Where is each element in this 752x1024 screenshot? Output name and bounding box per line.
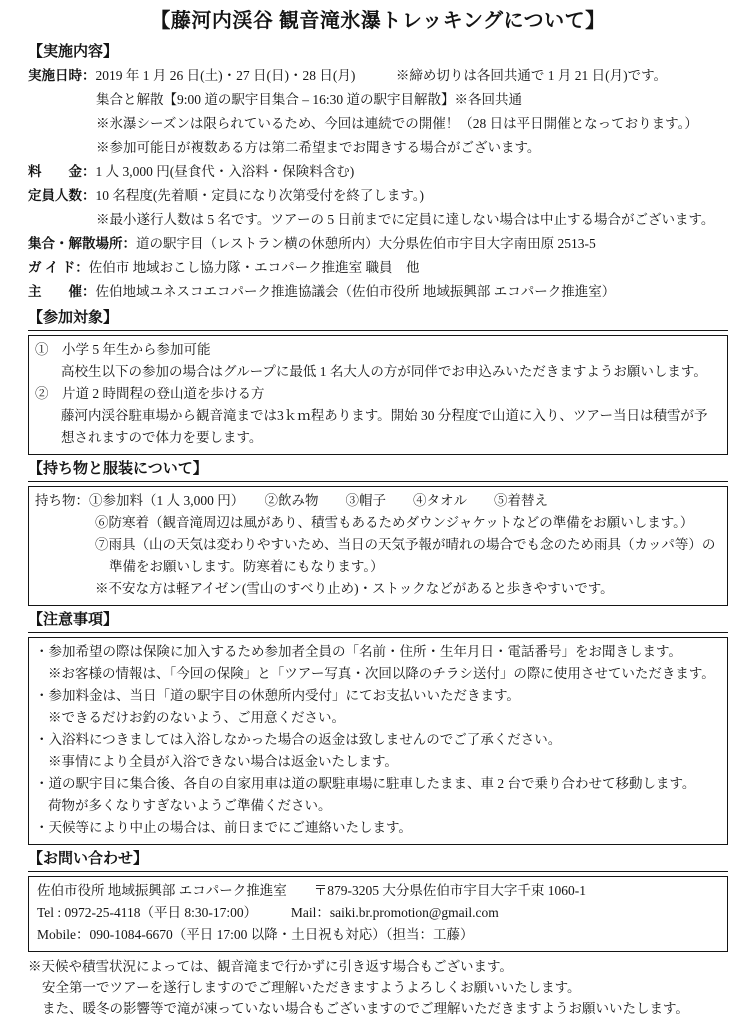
- participants-box: ① 小学 5 年生から参加可能 高校生以下の参加の場合はグループに最低 1 名大…: [28, 335, 728, 455]
- section-heading-belongings: 【持ち物と服装について】: [28, 460, 728, 482]
- text-line: ・天候等により中止の場合は、前日までにご連絡いたします。: [35, 817, 721, 839]
- text-line: 実施日時：2019 年 1 月 26 日(土)・27 日(日)・28 日(月) …: [28, 64, 728, 88]
- field-label: 料 金：: [28, 164, 96, 179]
- field-value: 佐伯市 地域おこし協力隊・エコパーク推進室 職員 他: [89, 260, 420, 275]
- section-heading-implementation: 【実施内容】: [28, 43, 728, 62]
- field-label: 集合・解散場所：: [28, 236, 136, 251]
- document-title: 【藤河内渓谷 観音滝氷瀑トレッキングについて】: [28, 8, 728, 34]
- field-label: ガ イ ド：: [28, 260, 89, 275]
- text-line: ※不安な方は軽アイゼン(雪山のすべり止め)・ストックなどがあると歩きやすいです。: [35, 578, 721, 600]
- field-label: 定員人数：: [28, 188, 96, 203]
- text-line: ・参加料金は、当日「道の駅宇目の休憩所内受付」にてお支払いいただきます。: [35, 685, 721, 707]
- text-line: 主 催：佐伯地域ユネスコエコパーク推進協議会（佐伯市役所 地域振興部 エコパーク…: [28, 280, 728, 304]
- footer-notes: ※天候や積雪状況によっては、観音滝まで行かずに引き返す場合もございます。 安全第…: [28, 956, 728, 1019]
- text-line: ⑦雨具（山の天気は変わりやすいため、当日の天気予報が晴れの場合でも念のため雨具（…: [35, 534, 721, 556]
- text-line: 定員人数：10 名程度(先着順・定員になり次第受付を終了します。): [28, 184, 728, 208]
- field-value: 10 名程度(先着順・定員になり次第受付を終了します。): [96, 188, 425, 203]
- text-line: ⑥防寒着（観音滝周辺は風があり、積雪もあるためダウンジャケットなどの準備をお願い…: [35, 512, 721, 534]
- text-line: ※お客様の情報は、「今回の保険」と「ツアー写真・次回以降のチラシ送付」の際に使用…: [35, 663, 721, 685]
- field-label: 実施日時：: [28, 68, 96, 83]
- contact-tel-mail-line: Tel : 0972-25-4118（平日 8:30-17:00） Mail：s…: [35, 902, 721, 924]
- document-page: 【藤河内渓谷 観音滝氷瀑トレッキングについて】 【実施内容】 実施日時：2019…: [0, 0, 752, 1024]
- text-line: ※事情により全員が入浴できない場合は返金いたします。: [35, 751, 721, 773]
- text-line: 想されますので体力を要します。: [35, 427, 721, 449]
- text-line: ・参加希望の際は保険に加入するため参加者全員の「名前・住所・生年月日・電話番号」…: [35, 641, 721, 663]
- text-line: ・道の駅宇目に集合後、各自の自家用車は道の駅駐車場に駐車したまま、車 2 台で乗…: [35, 773, 721, 795]
- footer-note-line: ※天候や積雪状況によっては、観音滝まで行かずに引き返す場合もございます。: [28, 956, 728, 977]
- notes-box: ・参加希望の際は保険に加入するため参加者全員の「名前・住所・生年月日・電話番号」…: [28, 637, 728, 845]
- text-line: ① 小学 5 年生から参加可能: [35, 339, 721, 361]
- text-line: ※参加可能日が複数ある方は第二希望までお聞きする場合がございます。: [28, 136, 728, 160]
- text-line: ※できるだけお釣のないよう、ご用意ください。: [35, 707, 721, 729]
- section-heading-participants: 【参加対象】: [28, 309, 728, 331]
- text-line: ※氷瀑シーズンは限られているため、今回は連続での開催！（28 日は平日開催となっ…: [28, 112, 728, 136]
- belongings-box: 持ち物：①参加料（1 人 3,000 円） ②飲み物 ③帽子 ④タオル ⑤着替え…: [28, 486, 728, 606]
- field-value: 2019 年 1 月 26 日(土)・27 日(日)・28 日(月) ※締め切り…: [96, 68, 668, 83]
- field-value: 1 人 3,000 円(昼食代・入浴料・保険料含む): [96, 164, 355, 179]
- text-line: 準備をお願いします。防寒着にもなります。）: [35, 556, 721, 578]
- text-line: ガ イ ド：佐伯市 地域おこし協力隊・エコパーク推進室 職員 他: [28, 256, 728, 280]
- text-line: 料 金：1 人 3,000 円(昼食代・入浴料・保険料含む): [28, 160, 728, 184]
- text-line: 集合と解散【9:00 道の駅宇目集合 – 16:30 道の駅宇目解散】※各回共通: [28, 88, 728, 112]
- text-line: 藤河内渓谷駐車場から観音滝までは3ｋｍ程あります。開始 30 分程度で山道に入り…: [35, 405, 721, 427]
- field-value: 道の駅宇目（レストラン横の休憩所内）大分県佐伯市宇目大字南田原 2513-5: [136, 236, 596, 251]
- contact-mobile-line: Mobile：090-1084-6670（平日 17:00 以降・土日祝も対応）…: [35, 924, 721, 946]
- footer-note-line: また、暖冬の影響等で滝が凍っていない場合もございますのでご理解いただきますようお…: [28, 998, 728, 1019]
- text-line: 持ち物：①参加料（1 人 3,000 円） ②飲み物 ③帽子 ④タオル ⑤着替え: [35, 490, 721, 512]
- field-value: 佐伯地域ユネスコエコパーク推進協議会（佐伯市役所 地域振興部 エコパーク推進室）: [96, 284, 616, 299]
- implementation-section: 実施日時：2019 年 1 月 26 日(土)・27 日(日)・28 日(月) …: [28, 64, 728, 304]
- section-heading-notes: 【注意事項】: [28, 611, 728, 633]
- field-label: 主 催：: [28, 284, 96, 299]
- contact-office-line: 佐伯市役所 地域振興部 エコパーク推進室 〒879-3205 大分県佐伯市宇目大…: [35, 880, 721, 902]
- text-line: ・入浴料につきましては入浴しなかった場合の返金は致しませんのでご了承ください。: [35, 729, 721, 751]
- text-line: ② 片道 2 時間程の登山道を歩ける方: [35, 383, 721, 405]
- text-line: 集合・解散場所：道の駅宇目（レストラン横の休憩所内）大分県佐伯市宇目大字南田原 …: [28, 232, 728, 256]
- text-line: ※最小遂行人数は 5 名です。ツアーの 5 日前までに定員に達しない場合は中止す…: [28, 208, 728, 232]
- footer-note-line: 安全第一でツアーを遂行しますのでご理解いただきますようよろしくお願いいたします。: [28, 977, 728, 998]
- contact-box: 佐伯市役所 地域振興部 エコパーク推進室 〒879-3205 大分県佐伯市宇目大…: [28, 876, 728, 952]
- text-line: 荷物が多くなりすぎないようご準備ください。: [35, 795, 721, 817]
- section-heading-contact: 【お問い合わせ】: [28, 850, 728, 872]
- text-line: 高校生以下の参加の場合はグループに最低 1 名大人の方が同伴でお申込みいただきま…: [35, 361, 721, 383]
